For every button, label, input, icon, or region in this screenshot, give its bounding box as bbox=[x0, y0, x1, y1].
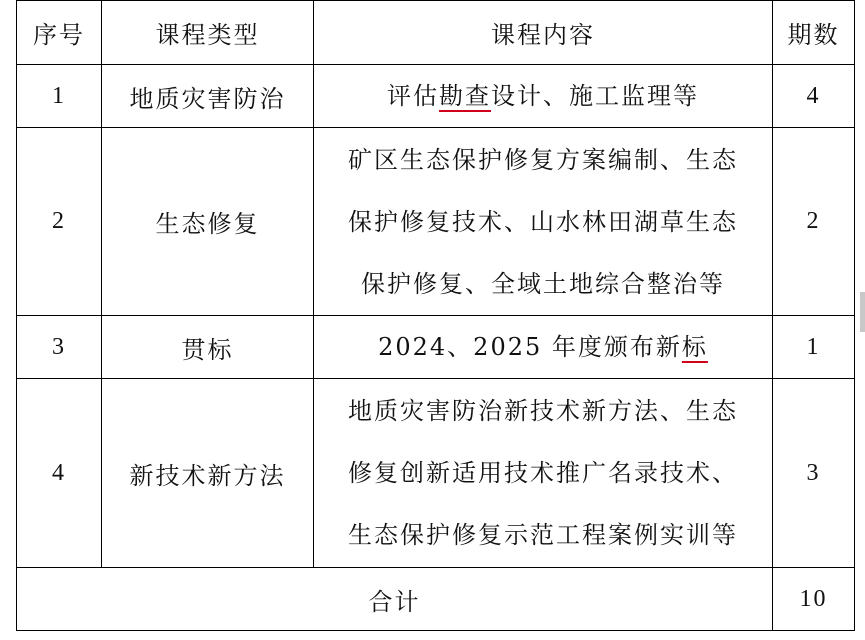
course-table: 序号 课程类型 课程内容 期数 1 地质灾害防治 评估勘查设计、施工监理等 4 … bbox=[16, 0, 855, 631]
content-line: 修复创新适用技术推广名录技术、 bbox=[322, 442, 764, 504]
table-header-row: 序号 课程类型 课程内容 期数 bbox=[17, 1, 855, 65]
cell-count: 4 bbox=[773, 65, 855, 128]
cell-no: 1 bbox=[17, 65, 102, 128]
cell-type: 新技术新方法 bbox=[102, 379, 314, 568]
content-line: 矿区生态保护修复方案编制、生态 bbox=[322, 129, 764, 191]
content-line: 保护修复技术、山水林田湖草生态 bbox=[322, 191, 764, 253]
content-text: 评估 bbox=[387, 82, 439, 110]
cell-count: 3 bbox=[773, 379, 855, 568]
cell-type: 地质灾害防治 bbox=[102, 65, 314, 128]
spellcheck-flagged-text[interactable]: 标 bbox=[682, 333, 708, 361]
content-line: 地质灾害防治新技术新方法、生态 bbox=[322, 380, 764, 442]
spellcheck-flagged-text[interactable]: 勘查 bbox=[439, 82, 491, 110]
cell-content: 评估勘查设计、施工监理等 bbox=[314, 65, 773, 128]
cell-type: 贯标 bbox=[102, 316, 314, 379]
table-row: 4 新技术新方法 地质灾害防治新技术新方法、生态 修复创新适用技术推广名录技术、… bbox=[17, 379, 855, 568]
header-no: 序号 bbox=[17, 1, 102, 65]
cell-count: 2 bbox=[773, 128, 855, 316]
scrollbar-edge[interactable] bbox=[860, 292, 865, 332]
content-text: 设计、施工监理等 bbox=[491, 82, 699, 110]
header-content: 课程内容 bbox=[314, 1, 773, 65]
cell-no: 4 bbox=[17, 379, 102, 568]
cell-no: 2 bbox=[17, 128, 102, 316]
content-text: 2024、2025 年度颁布新 bbox=[378, 333, 682, 361]
header-type: 课程类型 bbox=[102, 1, 314, 65]
cell-no: 3 bbox=[17, 316, 102, 379]
content-line: 保护修复、全域土地综合整治等 bbox=[322, 253, 764, 315]
table-row: 3 贯标 2024、2025 年度颁布新标 1 bbox=[17, 316, 855, 379]
cell-content: 2024、2025 年度颁布新标 bbox=[314, 316, 773, 379]
table-row: 1 地质灾害防治 评估勘查设计、施工监理等 4 bbox=[17, 65, 855, 128]
cell-content: 地质灾害防治新技术新方法、生态 修复创新适用技术推广名录技术、 生态保护修复示范… bbox=[314, 379, 773, 568]
table-row: 2 生态修复 矿区生态保护修复方案编制、生态 保护修复技术、山水林田湖草生态 保… bbox=[17, 128, 855, 316]
total-label: 合计 bbox=[17, 568, 773, 631]
header-count: 期数 bbox=[773, 1, 855, 65]
cell-count: 1 bbox=[773, 316, 855, 379]
cell-type: 生态修复 bbox=[102, 128, 314, 316]
content-line: 生态保护修复示范工程案例实训等 bbox=[322, 504, 764, 566]
cell-content: 矿区生态保护修复方案编制、生态 保护修复技术、山水林田湖草生态 保护修复、全域土… bbox=[314, 128, 773, 316]
total-count: 10 bbox=[773, 568, 855, 631]
table-total-row: 合计 10 bbox=[17, 568, 855, 631]
